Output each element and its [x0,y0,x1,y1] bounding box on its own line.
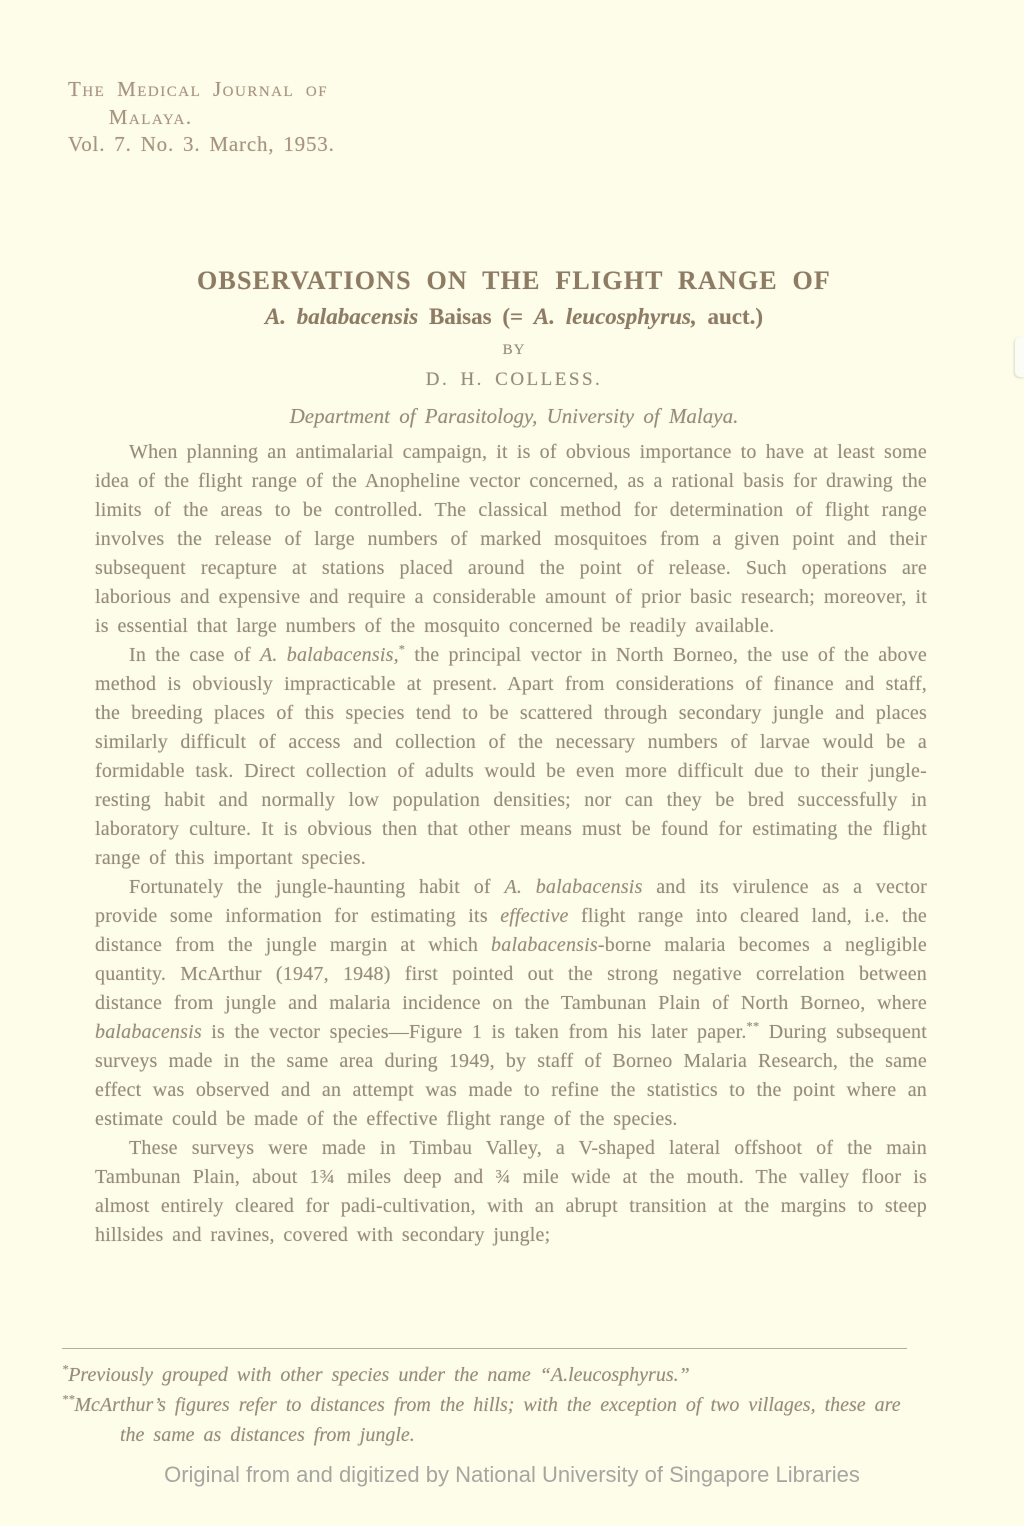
journal-name-line2: Malaya. [68,104,233,132]
journal-issue-line: Vol. 7. No. 3. March, 1953. [68,131,335,159]
scan-edge-artifact [1015,337,1024,377]
author-name: D. H. COLLESS. [95,369,933,391]
footnote-divider [62,1348,907,1349]
paragraph-2: In the case of A. balabacensis,* the pri… [95,641,927,873]
digitization-credit: Original from and digitized by National … [0,1462,1024,1488]
article-body: When planning an antimalarial campaign, … [95,438,927,1250]
author-affiliation: Department of Parasitology, University o… [95,404,933,429]
article-title-block: OBSERVATIONS ON THE FLIGHT RANGE OF A. b… [95,266,933,429]
byline-label: BY [95,342,933,359]
footnote-1: *Previously grouped with other species u… [62,1360,910,1390]
scanned-journal-page: The Medical Journal of Malaya. Vol. 7. N… [0,0,1024,1526]
paragraph-3: Fortunately the jungle-haunting habit of… [95,873,927,1134]
paragraph-1: When planning an antimalarial campaign, … [95,438,927,641]
journal-name-line1: The Medical Journal of [68,76,335,104]
journal-masthead: The Medical Journal of Malaya. Vol. 7. N… [68,76,335,159]
article-species-subtitle: A. balabacensis Baisas (= A. leucosphyru… [95,304,933,330]
article-title: OBSERVATIONS ON THE FLIGHT RANGE OF [95,266,933,296]
paragraph-4: These surveys were made in Timbau Valley… [95,1134,927,1250]
footnotes-block: *Previously grouped with other species u… [62,1360,910,1450]
footnote-2: **McArthur’s figures refer to distances … [62,1390,910,1450]
